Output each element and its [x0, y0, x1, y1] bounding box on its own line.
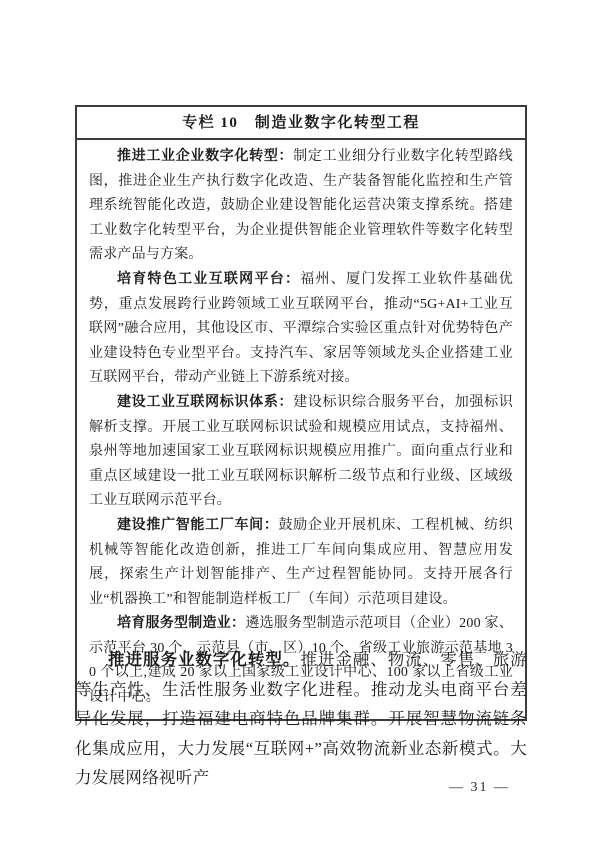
panel-item: 建设推广智能工厂车间：鼓励企业开展机床、工程机械、纺织机械等智能化改造创新，推进… [89, 514, 513, 612]
panel-item-body: 建设标识综合服务平台，加强标识解析支撑。开展工业互联网标识试验和规模应用试点，支… [89, 395, 513, 508]
body-paragraph: 推进服务业数字化转型。推进金融、物流、零售、旅游等生产性、生活性服务业数字化进程… [75, 645, 527, 793]
panel-item: 建设工业互联网标识体系：建设标识综合服务平台，加强标识解析支撑。开展工业互联网标… [89, 391, 513, 514]
panel-title: 专栏 10 制造业数字化转型工程 [77, 107, 525, 140]
panel-item-body: 制定工业细分行业数字化转型路线图，推进企业生产执行数字化改造、生产装备智能化监控… [89, 149, 513, 262]
panel-item: 培育特色工业互联网平台：福州、厦门发挥工业软件基础优势，重点发展跨行业跨领域工业… [89, 268, 513, 391]
panel-item-heading: 推进工业企业数字化转型： [117, 149, 293, 164]
body-paragraph-heading: 推进服务业数字化转型。 [108, 650, 300, 669]
page-number: — 31 — [449, 780, 510, 796]
panel-item-heading: 建设推广智能工厂车间： [117, 518, 279, 533]
body-paragraph-text: 推进金融、物流、零售、旅游等生产性、生活性服务业数字化进程。推动龙头电商平台差异… [75, 650, 527, 787]
document-page: 专栏 10 制造业数字化转型工程 推进工业企业数字化转型：制定工业细分行业数字化… [0, 0, 600, 847]
policy-panel: 专栏 10 制造业数字化转型工程 推进工业企业数字化转型：制定工业细分行业数字化… [75, 105, 527, 721]
panel-body: 推进工业企业数字化转型：制定工业细分行业数字化转型路线图，推进企业生产执行数字化… [77, 140, 525, 719]
panel-item-heading: 培育服务型制造业： [117, 616, 245, 631]
panel-item-body: 福州、厦门发挥工业软件基础优势，重点发展跨行业跨领域工业互联网平台，推动“5G+… [89, 272, 513, 385]
body-text: 推进服务业数字化转型。推进金融、物流、零售、旅游等生产性、生活性服务业数字化进程… [75, 645, 527, 793]
panel-item: 推进工业企业数字化转型：制定工业细分行业数字化转型路线图，推进企业生产执行数字化… [89, 145, 513, 268]
panel-item-heading: 培育特色工业互联网平台： [117, 272, 300, 287]
panel-item-heading: 建设工业互联网标识体系： [117, 395, 293, 410]
